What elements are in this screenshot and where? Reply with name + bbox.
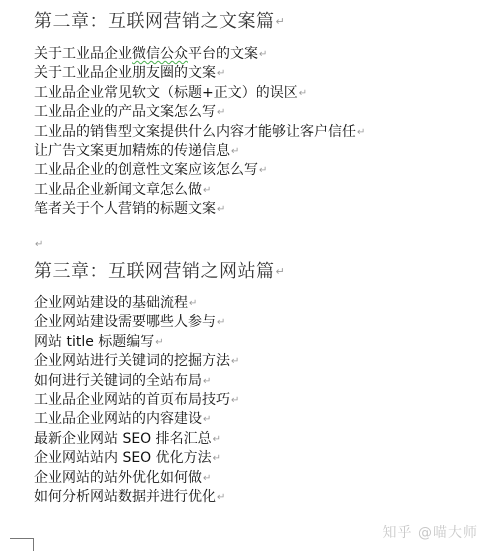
paragraph-mark-icon: ↵ — [155, 337, 163, 348]
empty-paragraph: ↵ — [34, 234, 43, 252]
list-item: 如何进行关键词的全站布局↵ — [34, 372, 239, 391]
spellcheck-flagged-text: 微信公众 — [132, 46, 188, 62]
list-item: 工业品企业网站的首页布局技巧↵ — [34, 391, 239, 410]
paragraph-mark-icon: ↵ — [213, 434, 221, 445]
paragraph-mark-icon: ↵ — [276, 265, 286, 278]
paragraph-mark-icon: ↵ — [213, 453, 221, 464]
paragraph-mark-icon: ↵ — [357, 127, 365, 138]
paragraph-mark-icon: ↵ — [203, 414, 211, 425]
paragraph-mark-icon: ↵ — [217, 68, 225, 79]
list-item: 工业品企业网站的内容建设↵ — [34, 410, 239, 429]
list-item: 工业品企业的产品文案怎么写↵ — [34, 103, 365, 122]
paragraph-mark-icon: ↵ — [259, 49, 267, 60]
paragraph-mark-icon: ↵ — [276, 15, 286, 28]
list-item: 企业网站的站外优化如何做↵ — [34, 469, 239, 488]
chapter-2-list: 关于工业品企业微信公众平台的文案↵ 关于工业品企业朋友圈的文案↵ 工业品企业常见… — [34, 45, 365, 220]
list-item: 最新企业网站 SEO 排名汇总↵ — [34, 430, 239, 449]
chapter-3-heading: 第三章：互联网营销之网站篇↵ — [34, 260, 285, 284]
paragraph-mark-icon: ↵ — [299, 88, 307, 99]
list-item: 笔者关于个人营销的标题文案↵ — [34, 200, 365, 219]
zhihu-watermark: 知乎 @喵大师 — [383, 522, 478, 542]
list-item: 企业网站建设的基础流程↵ — [34, 294, 239, 313]
chapter-3-list: 企业网站建设的基础流程↵ 企业网站建设需要哪些人参与↵ 网站 title 标题编… — [34, 294, 239, 507]
paragraph-mark-icon: ↵ — [259, 165, 267, 176]
paragraph-mark-icon: ↵ — [35, 239, 43, 250]
list-item: 工业品企业的创意性文案应该怎么写↵ — [34, 161, 365, 180]
list-item: 工业品企业常见软文（标题+正文）的误区↵ — [34, 84, 365, 103]
page-corner-crop-mark — [10, 538, 34, 551]
list-item: 工业品企业新闻文章怎么做↵ — [34, 181, 365, 200]
list-item: 工业品的销售型文案提供什么内容才能够让客户信任↵ — [34, 123, 365, 142]
paragraph-mark-icon: ↵ — [231, 356, 239, 367]
list-item: 关于工业品企业微信公众平台的文案↵ — [34, 45, 365, 64]
chapter-2-heading-text: 第二章：互联网营销之文案篇 — [34, 11, 275, 32]
paragraph-mark-icon: ↵ — [203, 473, 211, 484]
list-item: 企业网站建设需要哪些人参与↵ — [34, 313, 239, 332]
list-item: 让广告文案更加精炼的传递信息↵ — [34, 142, 365, 161]
paragraph-mark-icon: ↵ — [203, 185, 211, 196]
paragraph-mark-icon: ↵ — [231, 395, 239, 406]
paragraph-mark-icon: ↵ — [217, 317, 225, 328]
paragraph-mark-icon: ↵ — [189, 298, 197, 309]
chapter-3-heading-text: 第三章：互联网营销之网站篇 — [34, 261, 275, 282]
paragraph-mark-icon: ↵ — [217, 204, 225, 215]
list-item: 企业网站进行关键词的挖掘方法↵ — [34, 352, 239, 371]
paragraph-mark-icon: ↵ — [217, 492, 225, 503]
paragraph-mark-icon: ↵ — [217, 107, 225, 118]
list-item: 网站 title 标题编写↵ — [34, 333, 239, 352]
list-item: 如何分析网站数据并进行优化↵ — [34, 488, 239, 507]
chapter-2-heading: 第二章：互联网营销之文案篇↵ — [34, 10, 285, 34]
paragraph-mark-icon: ↵ — [231, 146, 239, 157]
list-item: 关于工业品企业朋友圈的文案↵ — [34, 64, 365, 83]
list-item: 企业网站站内 SEO 优化方法↵ — [34, 449, 239, 468]
paragraph-mark-icon: ↵ — [203, 376, 211, 387]
